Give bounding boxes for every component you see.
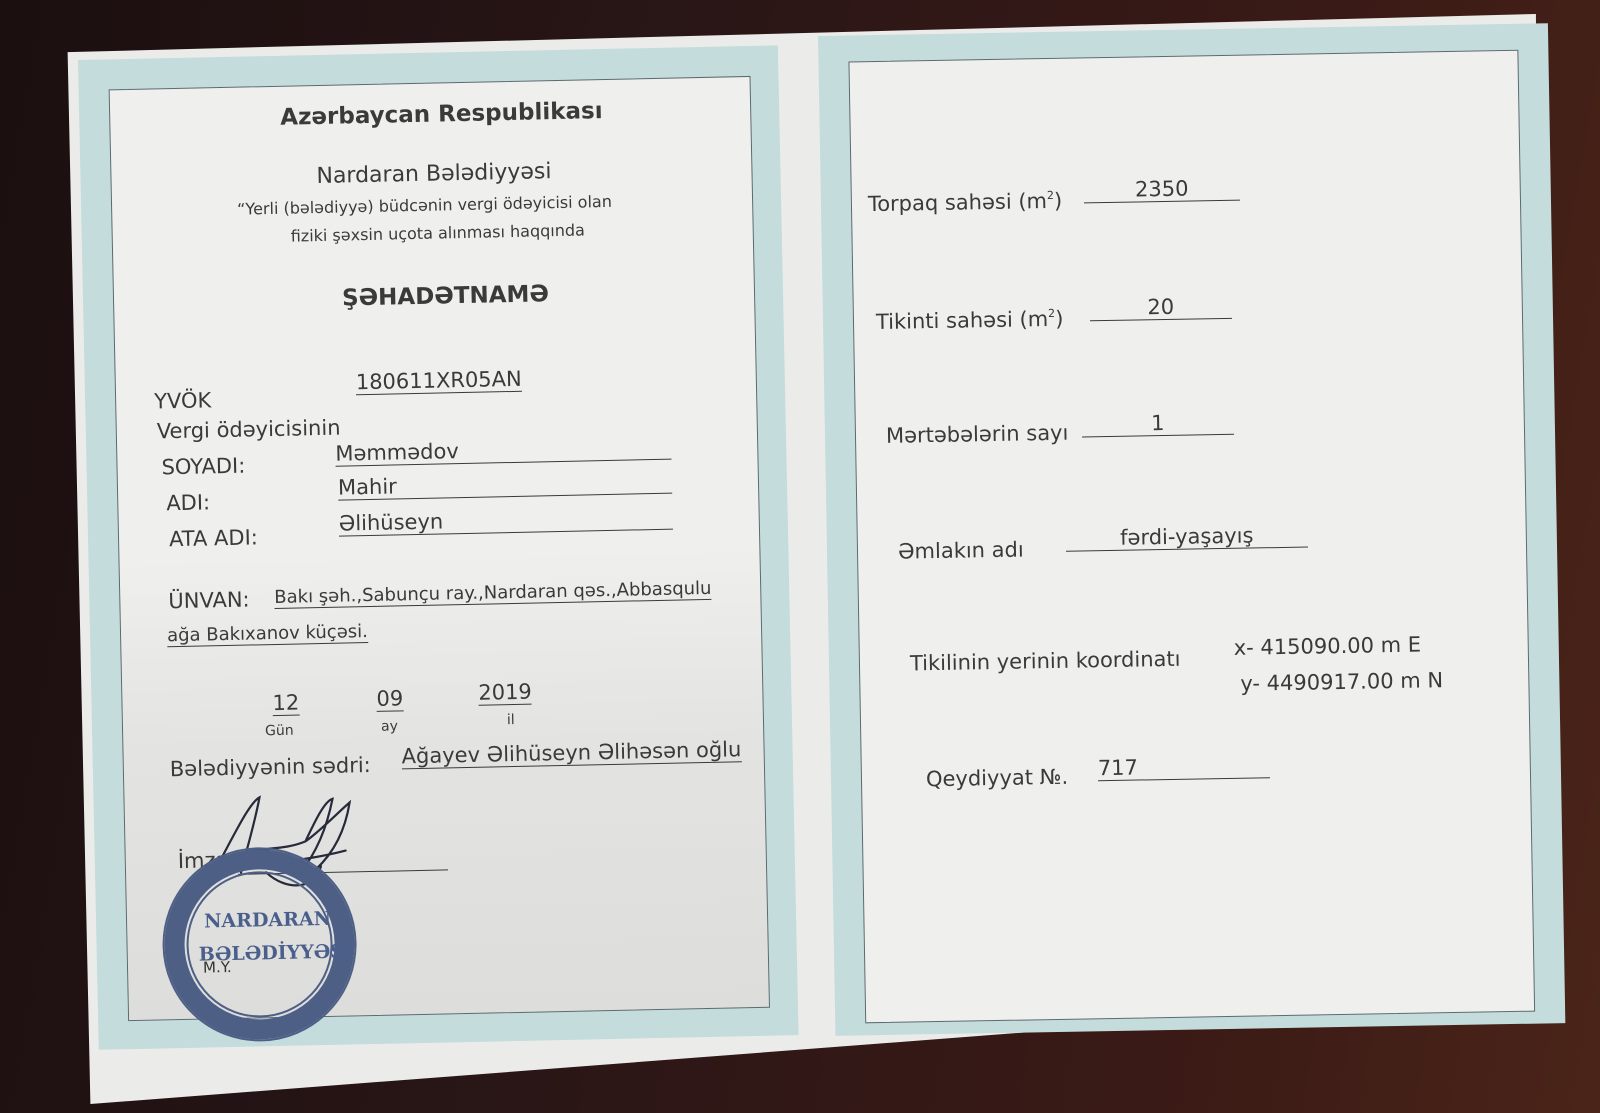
registration-label: Qeydiyyat №.: [926, 765, 1069, 791]
left-page: Azərbaycan Respublikası Nardaran Bələdiy…: [109, 76, 770, 1021]
surname-value: Məmmədov: [335, 435, 671, 467]
building-area-label: Tikinti sahəsi (m2): [876, 307, 1064, 334]
name-label: ADI:: [166, 490, 210, 515]
chairman-label: Bələdiyyənin sədri:: [170, 753, 371, 781]
left-page-border: Azərbaycan Respublikası Nardaran Bələdiy…: [78, 45, 799, 1049]
date-year-label: il: [507, 712, 515, 728]
registration-value: 717: [1098, 753, 1270, 781]
patronymic-value: Əlihüseyn: [339, 505, 673, 537]
coordinate-y: y- 4490917.00 m N: [1240, 668, 1443, 696]
address-line-1: Bakı şəh.,Sabunçu ray.,Nardaran qəs.,Abb…: [274, 578, 712, 609]
property-value: fərdi-yaşayış: [1066, 523, 1308, 552]
right-page: Torpaq sahəsi (m2) 2350 Tikinti sahəsi (…: [848, 50, 1535, 1024]
coordinate-x: x- 415090.00 m E: [1234, 633, 1422, 660]
date-month-label: ay: [381, 718, 398, 734]
yvok-value: 180611XR05AN: [356, 367, 522, 395]
address-line-2: ağa Bakıxanov küçəsi.: [167, 621, 368, 647]
address-label: ÜNVAN:: [168, 588, 250, 614]
republic-title: Azərbaycan Respublikası: [280, 98, 603, 131]
name-value: Mahir: [338, 469, 672, 501]
stamp-text-line-1: NARDARAN: [204, 908, 331, 933]
yvok-label: YVÖK: [154, 388, 212, 413]
surname-label: SOYADI:: [161, 454, 245, 480]
land-area-label: Torpaq sahəsi (m2): [868, 189, 1063, 216]
patronymic-label: ATA ADI:: [169, 525, 258, 551]
date-month: 09: [376, 686, 403, 712]
property-label: Əmlakın adı: [898, 537, 1024, 563]
building-area-value: 20: [1090, 294, 1232, 321]
certificate-title: ŞƏHADƏTNAMƏ: [342, 281, 549, 311]
date-day-label: Gün: [265, 723, 294, 740]
seal-label: M.Y.: [203, 958, 232, 977]
date-day: 12: [272, 691, 299, 717]
date-year: 2019: [478, 680, 532, 706]
land-area-value: 2350: [1084, 176, 1240, 204]
municipality-stamp: AZƏRBAYCAN RESPUBLİKASI BAKI ŞƏHƏRİ SABU…: [161, 845, 359, 1043]
chairman-value: Ağayev Əlihüseyn Əlihəsən oğlu: [401, 737, 741, 769]
floors-label: Mərtəbələrin sayı: [886, 421, 1069, 448]
right-page-border: Torpaq sahəsi (m2) 2350 Tikinti sahəsi (…: [818, 23, 1565, 1036]
municipality-title: Nardaran Bələdiyyəsi: [316, 159, 551, 189]
subtitle-line-1: “Yerli (bələdiyyə) büdcənin vergi ödəyic…: [237, 192, 612, 219]
taxpayer-label: Vergi ödəyicisinin: [157, 416, 341, 444]
coordinates-label: Tikilinin yerinin koordinatı: [910, 647, 1181, 676]
floors-value: 1: [1082, 410, 1234, 438]
subtitle-line-2: fiziki şəxsin uçota alınması haqqında: [291, 220, 586, 245]
